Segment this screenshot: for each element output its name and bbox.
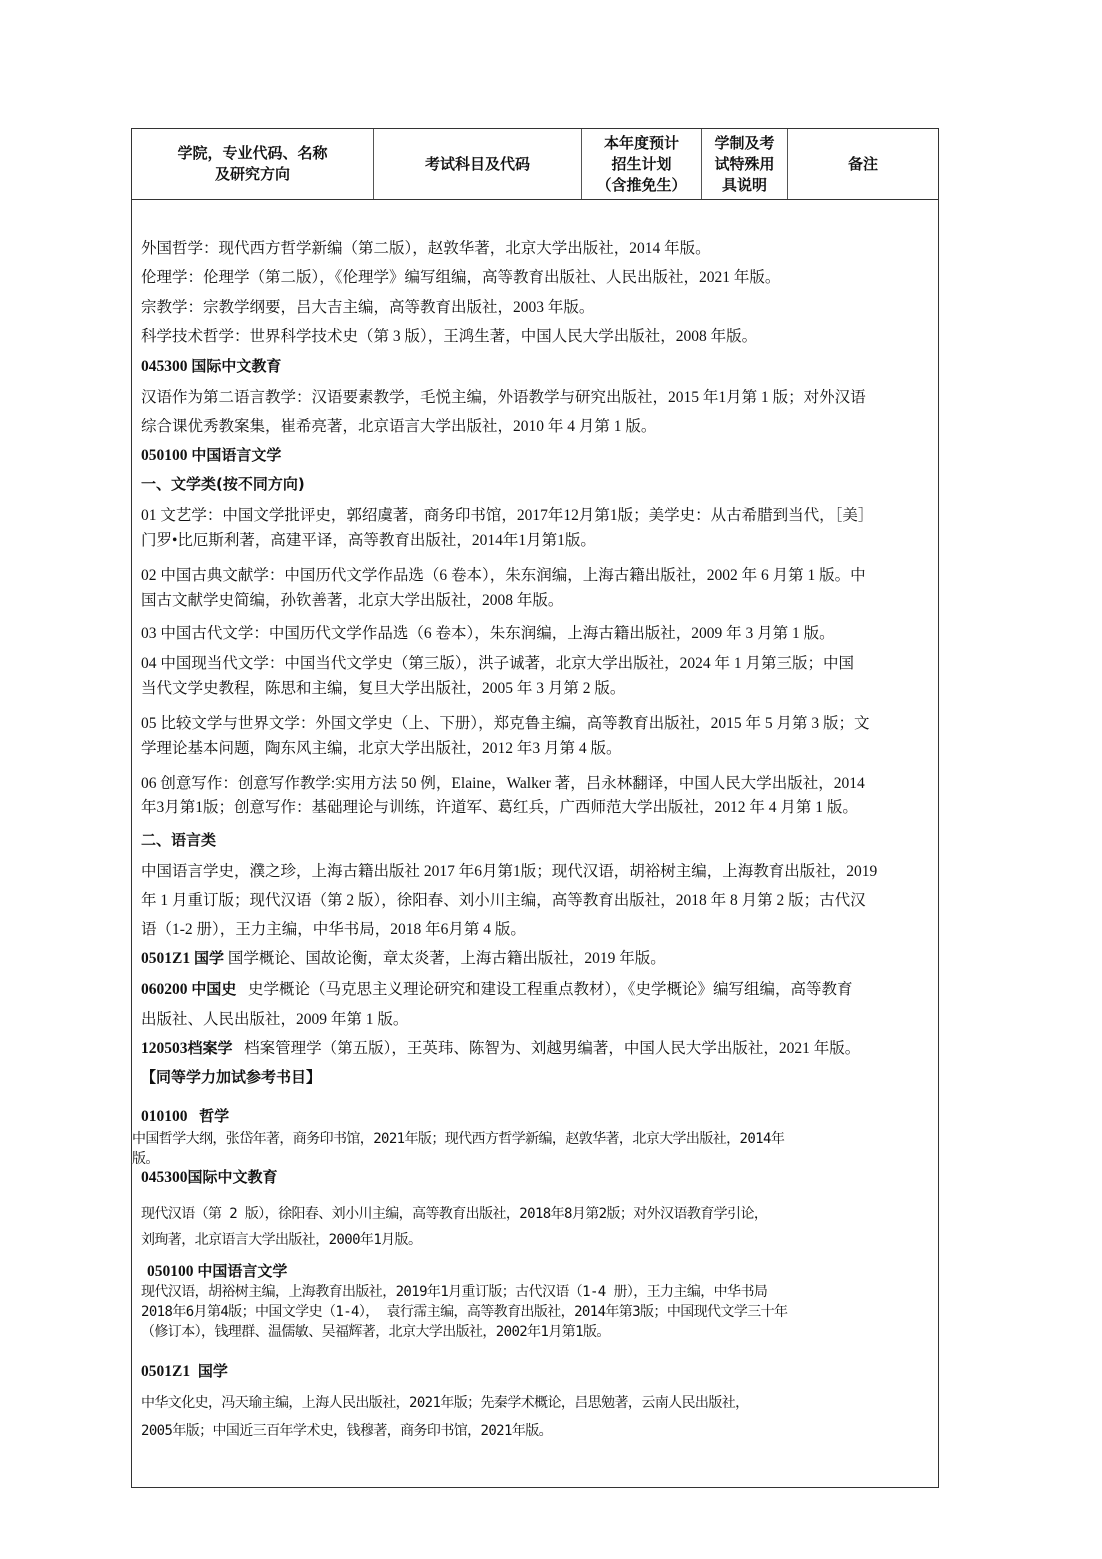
- dir-06-line1: 06 创意写作：创意写作教学:实用方法 50 例，Elaine，Walker 著…: [141, 770, 934, 797]
- dir-03: 03 中国古代文学：中国历代文学作品选（6 卷本），朱东润编，上海古籍出版社，2…: [141, 620, 934, 647]
- heading-050100: 050100 中国语言文学: [141, 442, 934, 469]
- header-remarks: 备注: [788, 129, 938, 199]
- ref-religion: 宗教学：宗教学纲要，吕大吉主编，高等教育出版社，2003 年版。: [141, 294, 934, 321]
- dir-02-line1: 02 中国古典文献学：中国历代文学作品选（6 卷本），朱东润编，上海古籍出版社，…: [141, 562, 934, 589]
- section-literature: 一、文学类(按不同方向): [141, 471, 934, 498]
- section-linguistics: 二、语言类: [141, 827, 934, 854]
- header-college-major: 学院，专业代码、名称 及研究方向: [132, 129, 374, 199]
- header-enrollment-plan: 本年度预计 招生计划 （含推免生）: [582, 129, 702, 199]
- ref-ethics: 伦理学：伦理学（第二版），《伦理学》编写组编，高等教育出版社、人民出版社，202…: [141, 264, 934, 291]
- admissions-table: 学院，专业代码、名称 及研究方向 考试科目及代码 本年度预计 招生计划 （含推免…: [131, 128, 939, 1488]
- dir-06-line2: 年3月第1版；创意写作：基础理论与训练，许道军、葛红兵，广西师范大学出版社，20…: [141, 794, 934, 821]
- dir-04-line2: 当代文学史教程，陈思和主编，复旦大学出版社，2005 年 3 月第 2 版。: [141, 675, 934, 702]
- extra-010100-line1: 中国哲学大纲，张岱年著，商务印书馆，2021年版；现代西方哲学新编，赵敦华著，北…: [132, 1129, 934, 1149]
- reference-books-cell: 外国哲学：现代西方哲学新编（第二版），赵敦华著，北京大学出版社，2014 年版。…: [141, 200, 934, 1487]
- ref-045300-line1: 汉语作为第二语言教学：汉语要素教学，毛悦主编，外语教学与研究出版社，2015 年…: [141, 384, 934, 411]
- extra-050100-heading: 050100 中国语言文学: [147, 1260, 934, 1283]
- extra-0501Z1-line1: 中华文化史，冯天瑜主编，上海人民出版社，2021年版；先秦学术概论，吕思勉著，云…: [141, 1390, 934, 1417]
- ling-line3: 语（1-2 册），王力主编，中华书局，2018 年6月第 4 版。: [141, 916, 934, 943]
- dir-01-line2: 门罗•比厄斯利著，高建平译，高等教育出版社，2014年1月第1版。: [141, 527, 934, 554]
- extra-045300-line1: 现代汉语（第 2 版），徐阳春、刘小川主编，高等教育出版社，2018年8月第2版…: [141, 1201, 934, 1228]
- extra-050100-line3: （修订本），钱理群、温儒敏、吴福辉著，北京大学出版社，2002年1月第1版。: [141, 1322, 934, 1342]
- extra-050100-line2: 2018年6月第4版；中国文学史（1-4）， 袁行霈主编，高等教育出版社，201…: [141, 1302, 934, 1322]
- dir-04-line1: 04 中国现当代文学：中国当代文学史（第三版），洪子诚著，北京大学出版社，202…: [141, 650, 934, 677]
- table-header: 学院，专业代码、名称 及研究方向 考试科目及代码 本年度预计 招生计划 （含推免…: [132, 129, 938, 200]
- extra-050100-line1: 现代汉语，胡裕树主编，上海教育出版社，2019年1月重订版；古代汉语（1-4 册…: [141, 1282, 934, 1302]
- entry-060200-line2: 出版社、人民出版社，2009 年第 1 版。: [141, 1006, 934, 1033]
- dir-01-line1: 01 文艺学：中国文学批评史，郭绍虞著，商务印书馆，2017年12月第1版；美学…: [141, 502, 934, 529]
- ling-line2: 年 1 月重订版；现代汉语（第 2 版），徐阳春、刘小川主编，高等教育出版社，2…: [141, 887, 934, 914]
- heading-045300: 045300 国际中文教育: [141, 353, 934, 380]
- ref-sci-tech-philosophy: 科学技术哲学：世界科学技术史（第 3 版），王鸿生著，中国人民大学出版社，200…: [141, 323, 934, 350]
- dir-02-line2: 国古文献学史简编，孙钦善著，北京大学出版社，2008 年版。: [141, 587, 934, 614]
- ref-045300-line2: 综合课优秀教案集，崔希亮著，北京语言大学出版社，2010 年 4 月第 1 版。: [141, 413, 934, 440]
- extra-045300-line2: 刘珣著，北京语言大学出版社，2000年1月版。: [141, 1227, 934, 1254]
- dir-05-line1: 05 比较文学与世界文学：外国文学史（上、下册），郑克鲁主编，高等教育出版社，2…: [141, 710, 934, 737]
- extra-045300-heading: 045300国际中文教育: [141, 1166, 934, 1189]
- ref-foreign-philosophy: 外国哲学：现代西方哲学新编（第二版），赵敦华著，北京大学出版社，2014 年版。: [141, 235, 934, 262]
- extra-0501Z1-heading: 0501Z1 国学: [141, 1360, 934, 1383]
- header-duration-notes: 学制及考 试特殊用 具说明: [702, 129, 788, 199]
- section-equivalent-exam: 【同等学力加试参考书目】: [141, 1064, 934, 1091]
- extra-010100-heading: 010100 哲学: [141, 1105, 934, 1128]
- entry-0501Z1: 0501Z1 国学 国学概论、国故论衡，章太炎著，上海古籍出版社，2019 年版…: [141, 945, 934, 972]
- entry-060200: 060200 中国史 史学概论（马克思主义理论研究和建设工程重点教材），《史学概…: [141, 976, 934, 1003]
- header-exam-subjects: 考试科目及代码: [374, 129, 582, 199]
- extra-0501Z1-line2: 2005年版；中国近三百年学术史，钱穆著，商务印书馆，2021年版。: [141, 1418, 934, 1445]
- ling-line1: 中国语言学史，濮之珍，上海古籍出版社 2017 年6月第1版；现代汉语，胡裕树主…: [141, 858, 934, 885]
- entry-120503: 120503档案学 档案管理学（第五版），王英玮、陈智为、刘越男编著，中国人民大…: [141, 1035, 934, 1062]
- dir-05-line2: 学理论基本问题，陶东风主编，北京大学出版社，2012 年3 月第 4 版。: [141, 735, 934, 762]
